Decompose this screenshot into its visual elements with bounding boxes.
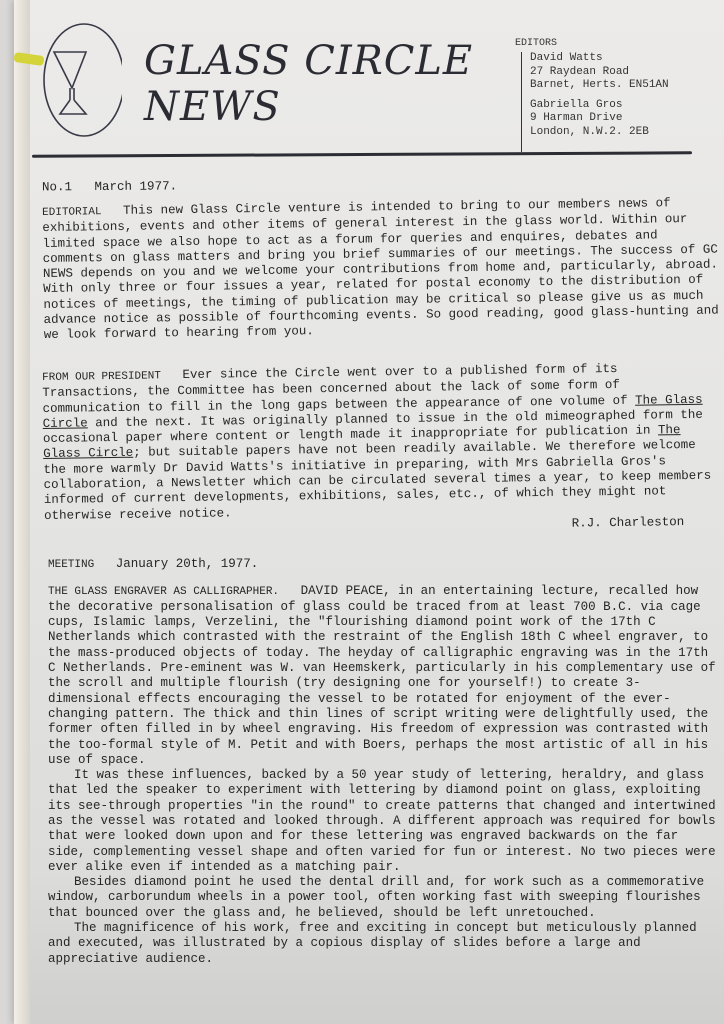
title-line-2: NEWS (144, 84, 473, 130)
editor2-town: London, N.W.2. 2EB (530, 126, 669, 140)
issue-number: No.1 (42, 180, 72, 194)
president-text-3: ; but suitable papers have not been read… (43, 438, 711, 522)
issue-line: No.1 March 1977. (42, 176, 722, 196)
title-line-1: GLASS CIRCLE (144, 38, 473, 84)
editors-addresses: David Watts 27 Raydean Road Barnet, Hert… (521, 52, 669, 152)
wine-glass-logo-icon (36, 22, 122, 138)
meeting-report: THE GLASS ENGRAVER AS CALLIGRAPHER. DAVI… (48, 584, 722, 967)
page-binding-edge (14, 0, 30, 1024)
meeting-paragraph: Besides diamond point he used the dental… (48, 875, 722, 921)
meeting-paragraph: DAVID PEACE, in an entertaining lecture,… (48, 584, 716, 767)
masthead-divider (32, 151, 692, 157)
newsletter-body: No.1 March 1977. EDITORIAL This new Glas… (42, 178, 722, 985)
editor2-street: 9 Harman Drive (530, 112, 669, 126)
editorial-section: EDITORIAL This new Glass Circle venture … (42, 196, 724, 344)
editorial-text: This new Glass Circle venture is intende… (42, 197, 719, 343)
editor1-name: David Watts (530, 52, 669, 66)
meeting-paragraph: It was these influences, backed by a 50 … (48, 768, 722, 875)
president-heading: FROM OUR PRESIDENT (42, 370, 161, 384)
masthead-title: GLASS CIRCLE NEWS (144, 38, 473, 130)
editorial-heading: EDITORIAL (42, 206, 102, 219)
meeting-heading-line: MEETING January 20th, 1977. (48, 557, 722, 573)
newsletter-page: GLASS CIRCLE NEWS EDITORS David Watts 27… (14, 0, 724, 1024)
editor1-town: Barnet, Herts. EN51AN (530, 79, 669, 93)
meeting-date: January 20th, 1977. (116, 557, 259, 571)
lecture-title: THE GLASS ENGRAVER AS CALLIGRAPHER. (48, 586, 279, 598)
issue-date: March 1977. (94, 179, 177, 194)
editors-label: EDITORS (515, 38, 557, 49)
meeting-heading: MEETING (48, 559, 94, 571)
editor1-street: 27 Raydean Road (530, 66, 669, 80)
editor2-name: Gabriella Gros (530, 99, 669, 113)
meeting-paragraph: The magnificence of his work, free and e… (48, 921, 722, 967)
president-section: FROM OUR PRESIDENT Ever since the Circle… (42, 360, 724, 539)
meeting-section: MEETING January 20th, 1977. THE GLASS EN… (42, 557, 722, 967)
